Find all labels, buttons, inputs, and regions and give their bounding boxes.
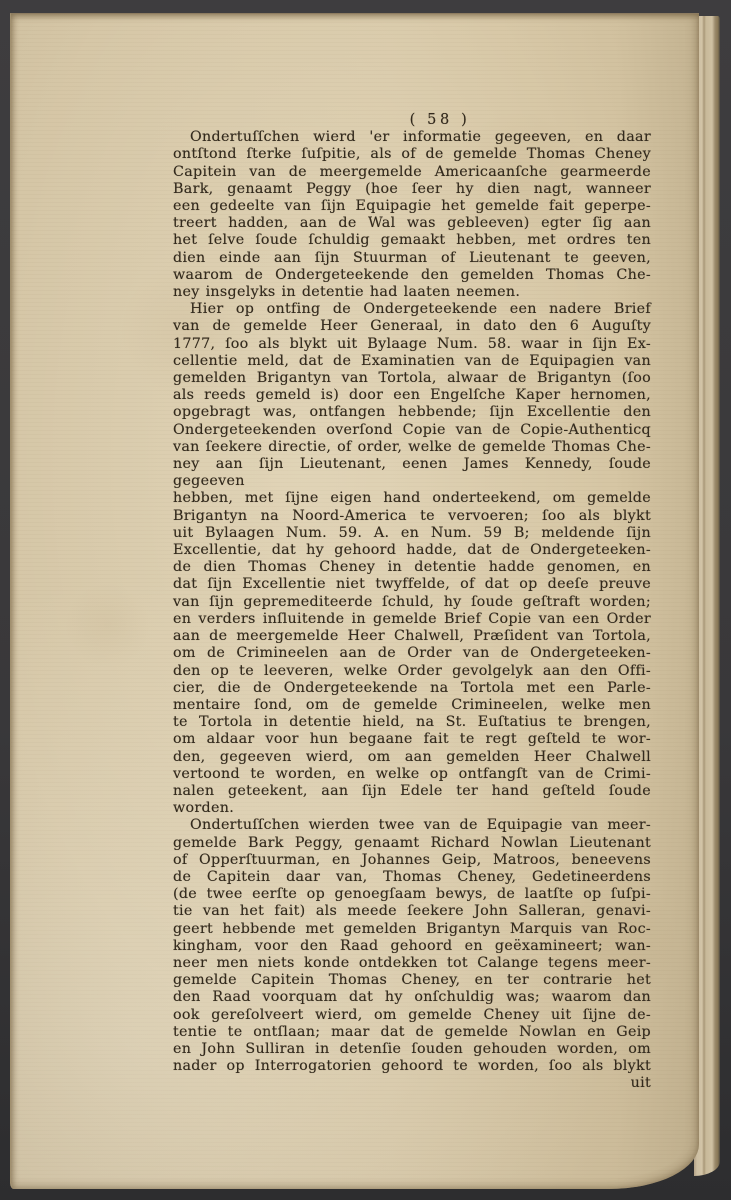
paragraph: Hier op ontfing de Ondergeteekende een n…	[173, 301, 651, 817]
text-line: waarom de Ondergeteekende den gemelden T…	[173, 267, 651, 284]
text-line: ontſtond ſterke ſuſpitie, als of de geme…	[173, 146, 651, 163]
text-line: om de Crimineelen aan de Order van de On…	[173, 645, 651, 662]
page-number: ( 58 )	[229, 112, 651, 129]
text-line: neer men niets konde ontdekken tot Calan…	[173, 955, 651, 972]
text-line: cellentie meld, dat de Examinatien van d…	[173, 353, 651, 370]
text-line: aan de meergemelde Heer Chalwell, Præſid…	[173, 628, 651, 645]
text-line: om aldaar voor hun begaane fait te regt …	[173, 731, 651, 748]
text-line: te Tortola in detentie hield, na St. Euſ…	[173, 714, 651, 731]
text-line: dat ſijn Excellentie niet twyffelde, of …	[173, 576, 651, 593]
text-line: als reeds gemeld is) door een Engelſche …	[173, 387, 651, 404]
text-line: nalen geteekent, aan ſijn Edele ter hand…	[173, 783, 651, 800]
paragraphs: Ondertuſſchen wierd 'er informatie gegee…	[173, 129, 651, 1075]
text-line: den, gegeeven wierd, om aan gemelden Hee…	[173, 749, 651, 766]
text-line: Ondergeteekenden overſond Copie van de C…	[173, 422, 651, 439]
text-line: de dien Thomas Cheney in detentie hadde …	[173, 559, 651, 576]
text-line: ney insgelyks in detentie had laaten nee…	[173, 284, 651, 301]
scanner-background: { "page": { "page_number": "( 58 )", "ca…	[0, 0, 731, 1200]
text-line: Excellentie, dat hy gehoord hadde, dat d…	[173, 542, 651, 559]
text-line: hebben, met ſijne eigen hand onderteeken…	[173, 490, 651, 507]
text-line: een gedeelte van ſijn Equipagie het geme…	[173, 198, 651, 215]
text-line: ney aan ſijn Lieutenant, eenen James Ken…	[173, 456, 651, 490]
text-line: vertoond te worden, en welke op ontfangſ…	[173, 766, 651, 783]
text-line: Ondertuſſchen wierd 'er informatie gegee…	[173, 129, 651, 146]
text-line: gemelde Bark Peggy, genaamt Richard Nowl…	[173, 835, 651, 852]
text-line: mentaire ſond, om de gemelde Crimineelen…	[173, 697, 651, 714]
text-line: van ſeekere directie, of order, welke de…	[173, 439, 651, 456]
text-line: uit Bylaagen Num. 59. A. en Num. 59 B; m…	[173, 525, 651, 542]
text-line: Capitein van de meergemelde Americaanſch…	[173, 164, 651, 181]
text-line: gemelden Brigantyn van Tortola, alwaar d…	[173, 370, 651, 387]
text-line: de Capitein daar van, Thomas Cheney, Ged…	[173, 869, 651, 886]
text-line: Bark, genaamt Peggy (hoe ſeer hy dien na…	[173, 181, 651, 198]
text-line: geert hebbende met gemelden Brigantyn Ma…	[173, 921, 651, 938]
text-line: cier, die de Ondergeteekende na Tortola …	[173, 680, 651, 697]
text-line: van ſijn gepremediteerde ſchuld, hy ſoud…	[173, 594, 651, 611]
text-line: Hier op ontfing de Ondergeteekende een n…	[173, 301, 651, 318]
text-line: tentie te ontſlaan; maar dat de gemelde …	[173, 1024, 651, 1041]
text-line: gemelde Capitein Thomas Cheney, en ter c…	[173, 972, 651, 989]
text-line: treert hadden, aan de Wal was gebleeven)…	[173, 215, 651, 232]
text-line: 1777, ſoo als blykt uit Bylaage Num. 58.…	[173, 336, 651, 353]
text-line: dien einde aan ſijn Stuurman of Lieutena…	[173, 250, 651, 267]
text-line: worden.	[173, 800, 651, 817]
book-page: ( 58 ) Ondertuſſchen wierd 'er informati…	[10, 13, 699, 1189]
paragraph: Ondertuſſchen wierden twee van de Equipa…	[173, 817, 651, 1075]
text-line: Ondertuſſchen wierden twee van de Equipa…	[173, 817, 651, 834]
text-line: kingham, voor den Raad gehoord en geëxam…	[173, 938, 651, 955]
text-line: en verders inſluitende in gemelde Brief …	[173, 611, 651, 628]
text-line: het ſelve ſoude ſchuldig gemaakt hebben,…	[173, 232, 651, 249]
text-line: van de gemelde Heer Generaal, in dato de…	[173, 318, 651, 335]
text-block: ( 58 ) Ondertuſſchen wierd 'er informati…	[173, 112, 651, 1093]
text-line: nader op Interrogatorien gehoord te word…	[173, 1058, 651, 1075]
text-line: ook gereſolveert wierd, om gemelde Chene…	[173, 1007, 651, 1024]
catchword: uit	[173, 1075, 651, 1092]
text-line: den Raad voorquam dat hy onſchuldig was;…	[173, 989, 651, 1006]
text-line: den op te leeveren, welke Order gevolgel…	[173, 663, 651, 680]
text-line: opgebragt was, ontfangen hebbende; ſijn …	[173, 404, 651, 421]
text-line: Brigantyn na Noord-America te vervoeren;…	[173, 508, 651, 525]
text-line: (de twee eerſte op genoegſaam bewys, de …	[173, 886, 651, 903]
text-line: en John Sulliran in detenſie ſouden geho…	[173, 1041, 651, 1058]
paragraph: Ondertuſſchen wierd 'er informatie gegee…	[173, 129, 651, 301]
text-line: tie van het fait) als meede ſeekere John…	[173, 903, 651, 920]
text-line: of Opperſtuurman, en Johannes Geip, Matr…	[173, 852, 651, 869]
